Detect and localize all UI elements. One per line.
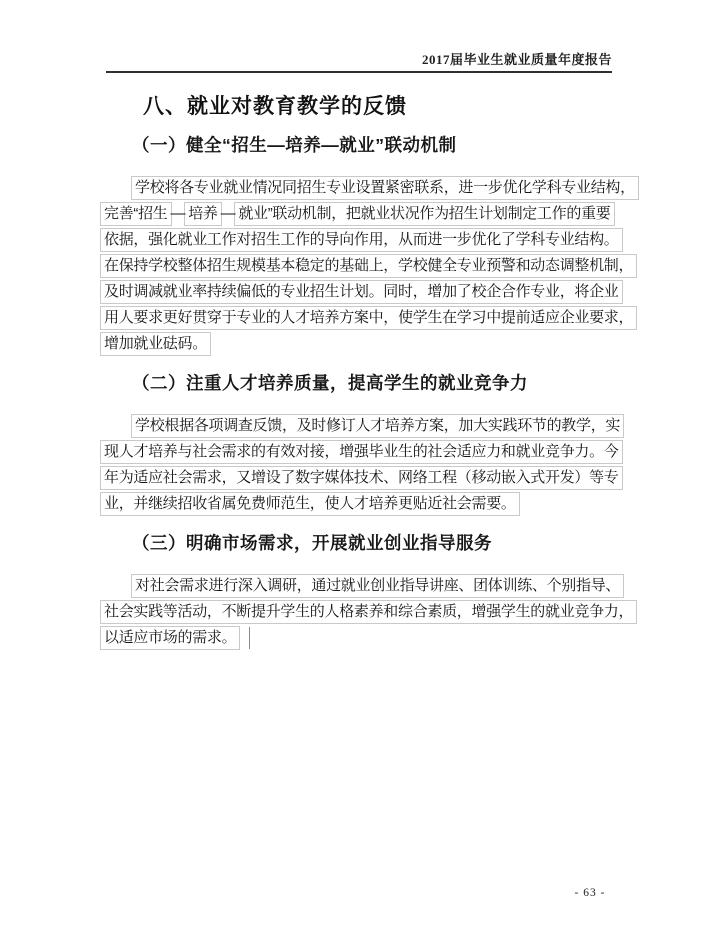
text-line: 业，并继续招收省属免费师范生，使人才培养更贴近社会需要。 — [100, 492, 612, 518]
text-line: 以适应市场的需求。 — [100, 626, 612, 652]
text-line: 社会实践等活动，不断提升学生的人格素养和综合素质，增强学生的就业竞争力， — [100, 600, 612, 626]
page-number: - 63 - — [560, 887, 620, 899]
text-segment: 在保持学校整体招生规模基本稳定的基础上，学校健全专业预警和动态调整机制， — [100, 254, 637, 278]
text-segment: 学校将各专业就业情况同招生专业设置紧密联系，进一步优化学科专业结构， — [131, 176, 639, 200]
text-line: 用人要求更好贯穿于专业的人才培养方案中，使学生在学习中提前适应企业要求， — [100, 306, 612, 332]
text-line: 学校将各专业就业情况同招生专业设置紧密联系，进一步优化学科专业结构， — [131, 176, 612, 202]
text-segment: 现人才培养与社会需求的有效对接，增强毕业生的社会适应力和就业竞争力。今 — [100, 440, 623, 464]
text-segment: 依据，强化就业工作对招生工作的导向作用，从而进一步优化了学科专业结构。 — [100, 228, 623, 252]
paragraph: 对社会需求进行深入调研，通过就业创业指导讲座、团体训练、个别指导、社会实践等活动… — [100, 574, 612, 652]
text-line: 学校根据各项调查反馈，及时修订人才培养方案，加大实践环节的教学，实 — [131, 414, 612, 440]
text-line: 对社会需求进行深入调研，通过就业创业指导讲座、团体训练、个别指导、 — [131, 574, 612, 600]
text-line: 增加就业砝码。 — [100, 332, 612, 358]
text-segment: 用人要求更好贯穿于专业的人才培养方案中，使学生在学习中提前适应企业要求， — [100, 306, 637, 330]
text-segment: 就业”联动机制，把就业状况作为招生计划制定工作的重要 — [234, 202, 614, 226]
section-heading: （一）健全“招生—培养—就业”联动机制 — [132, 132, 612, 157]
document-page: 2017届毕业生就业质量年度报告 八、就业对教育教学的反馈 （一）健全“招生—培… — [0, 0, 709, 945]
text-line: 及时调减就业率持续偏低的专业招生计划。同时，增加了校企合作专业，将企业 — [100, 280, 612, 306]
text-line: 在保持学校整体招生规模基本稳定的基础上，学校健全专业预警和动态调整机制， — [100, 254, 612, 280]
text-segment: 培养 — [184, 202, 221, 226]
text-line: 完善“招生—培养—就业”联动机制，把就业状况作为招生计划制定工作的重要 — [100, 202, 612, 228]
text-segment: 增加就业砝码。 — [100, 332, 211, 356]
paragraph: 学校根据各项调查反馈，及时修订人才培养方案，加大实践环节的教学，实现人才培养与社… — [100, 414, 612, 518]
text-line: 现人才培养与社会需求的有效对接，增强毕业生的社会适应力和就业竞争力。今 — [100, 440, 612, 466]
chapter-title: 八、就业对教育教学的反馈 — [143, 90, 612, 120]
text-segment: 社会实践等活动，不断提升学生的人格素养和综合素质，增强学生的就业竞争力， — [100, 600, 637, 624]
text-cursor — [249, 627, 250, 649]
text-line: 依据，强化就业工作对招生工作的导向作用，从而进一步优化了学科专业结构。 — [100, 228, 612, 254]
text-segment: 及时调减就业率持续偏低的专业招生计划。同时，增加了校企合作专业，将企业 — [100, 280, 623, 304]
page-content: 2017届毕业生就业质量年度报告 八、就业对教育教学的反馈 （一）健全“招生—培… — [100, 0, 612, 652]
text-segment: 完善“招生 — [100, 202, 172, 226]
paragraph: 学校将各专业就业情况同招生专业设置紧密联系，进一步优化学科专业结构，完善“招生—… — [100, 176, 612, 358]
running-header: 2017届毕业生就业质量年度报告 — [106, 0, 612, 73]
text-segment: 以适应市场的需求。 — [100, 626, 240, 650]
section-heading: （三）明确市场需求，开展就业创业指导服务 — [132, 530, 612, 555]
text-segment: 业，并继续招收省属免费师范生，使人才培养更贴近社会需要。 — [100, 492, 520, 516]
text-line: 年为适应社会需求，又增设了数字媒体技术、网络工程（移动嵌入式开发）等专 — [100, 466, 612, 492]
text-segment: 对社会需求进行深入调研，通过就业创业指导讲座、团体训练、个别指导、 — [131, 574, 624, 598]
text-segment: 年为适应社会需求，又增设了数字媒体技术、网络工程（移动嵌入式开发）等专 — [100, 466, 623, 490]
section-heading: （二）注重人才培养质量，提高学生的就业竞争力 — [132, 370, 612, 395]
sections-container: （一）健全“招生—培养—就业”联动机制学校将各专业就业情况同招生专业设置紧密联系… — [100, 132, 612, 652]
dash-connector: — — [171, 202, 186, 225]
dash-connector: — — [221, 202, 236, 225]
text-segment: 学校根据各项调查反馈，及时修订人才培养方案，加大实践环节的教学，实 — [131, 414, 624, 438]
